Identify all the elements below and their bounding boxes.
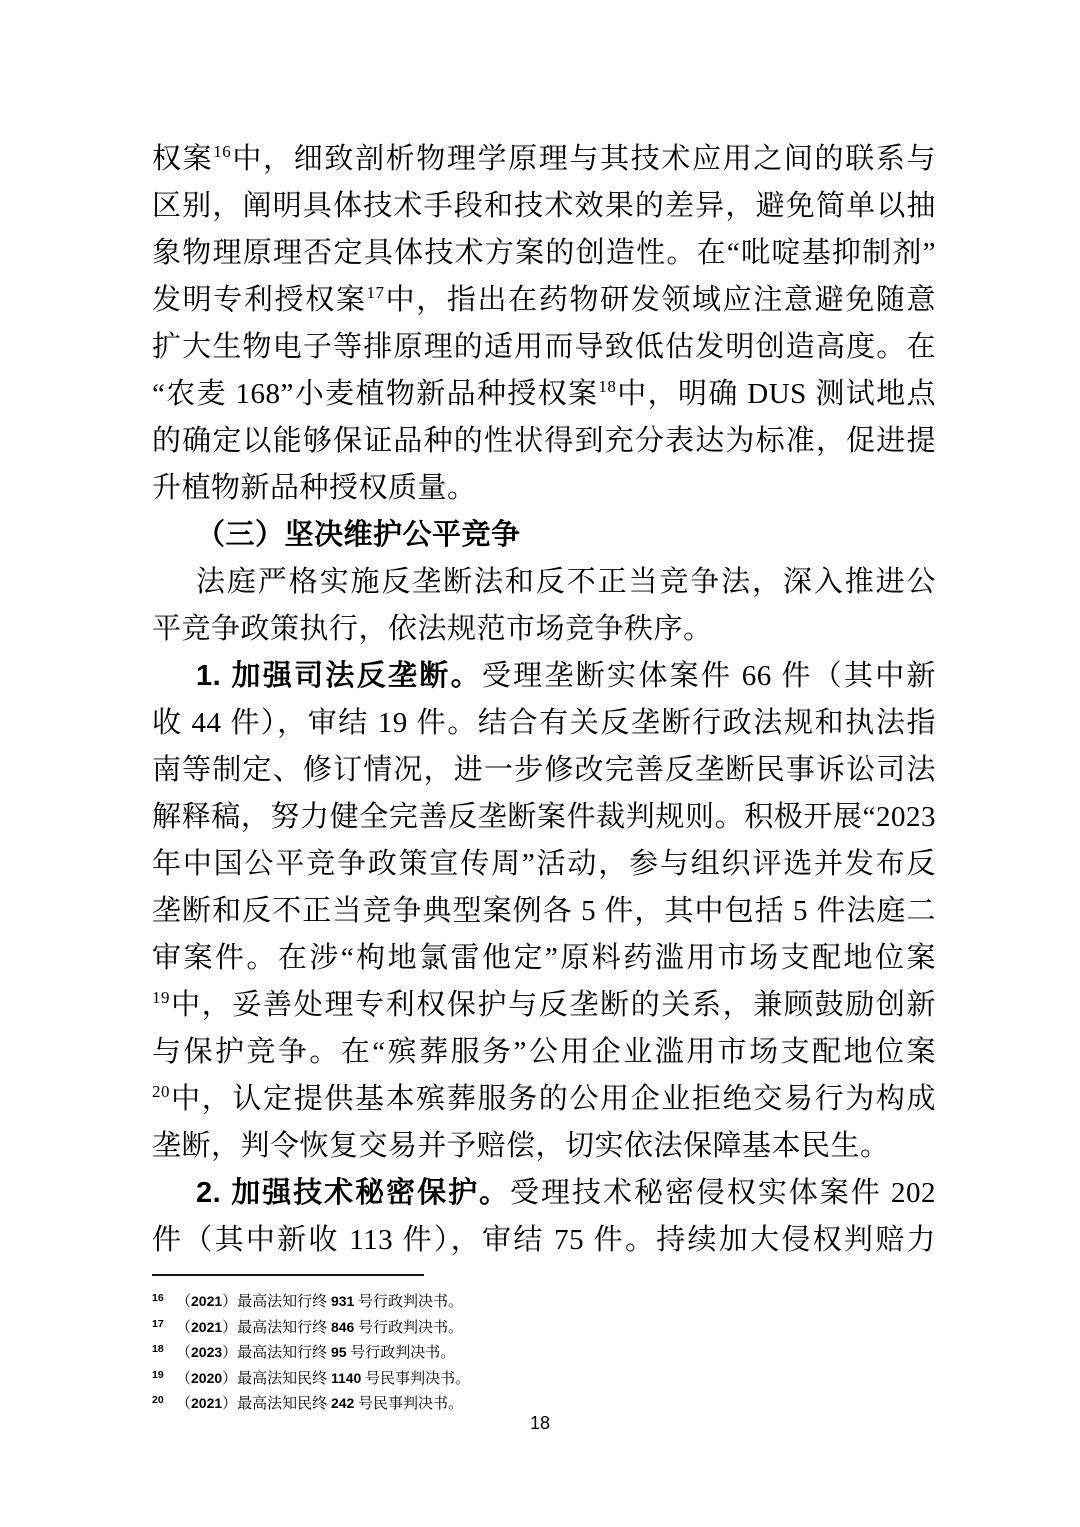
footnote-18: 18（2023）最高法知行终 95 号行政判决书。	[152, 1339, 936, 1365]
footnote-20: 20（2021）最高法知民终 242 号民事判决书。	[152, 1390, 936, 1416]
body-line: 平竞争政策执行，依法规范市场竞争秩序。	[152, 606, 936, 653]
footnote-text-run: 号民事判决书。	[354, 1396, 463, 1412]
footnote-year: 2021	[191, 1395, 222, 1411]
footnote-year: 2021	[191, 1319, 222, 1335]
body-text-run: 中，妥善处理专利权保护与反垄断的关系，兼顾鼓励创新	[170, 989, 936, 1021]
body-line: 法庭严格实施反垄断法和反不正当竞争法，深入推进公	[152, 559, 936, 606]
footnote-number: 17	[152, 1314, 176, 1336]
body-line: 升植物新品种授权质量。	[152, 465, 936, 512]
footnote-19: 19（2020）最高法知民终 1140 号民事判决书。	[152, 1365, 936, 1391]
body-line: 垄断和反不正当竞争典型案例各 5 件，其中包括 5 件法庭二	[152, 888, 936, 935]
footnote-ref-17: 17	[366, 283, 384, 302]
footnote-16: 16（2021）最高法知行终 931 号行政判决书。	[152, 1288, 936, 1314]
footnote-17: 17（2021）最高法知行终 846 号行政判决书。	[152, 1314, 936, 1340]
body-text-run: 权案	[152, 143, 213, 175]
body-line: 件（其中新收 113 件），审结 75 件。持续加大侵权判赔力	[152, 1217, 936, 1264]
footnote-text: （2021）最高法知行终 931 号行政判决书。	[176, 1294, 463, 1310]
footnote-case-number: 846	[331, 1319, 354, 1335]
body-line: 年中国公平竞争政策宣传周”活动，参与组织评选并发布反	[152, 841, 936, 888]
footnote-number: 19	[152, 1365, 176, 1387]
numbered-lead: 1. 加强司法反垄断。	[196, 660, 482, 692]
footnote-text-run: 号民事判决书。	[361, 1371, 470, 1387]
footnote-text-run: （	[176, 1294, 191, 1310]
footnote-number: 20	[152, 1390, 176, 1412]
footnote-text-run: 号行政判决书。	[354, 1294, 463, 1310]
footnote-case-number: 1140	[331, 1370, 361, 1386]
body-line: 20中，认定提供基本殡葬服务的公用企业拒绝交易行为构成	[152, 1076, 936, 1123]
footnote-text-run: ）最高法知行终	[222, 1320, 331, 1336]
body-line: 审案件。在涉“枸地氯雷他定”原料药滥用市场支配地位案	[152, 935, 936, 982]
footnote-ref-20: 20	[152, 1082, 170, 1101]
body-line: 垄断，判令恢复交易并予赔偿，切实依法保障基本民生。	[152, 1123, 936, 1170]
body-line: 的确定以能够保证品种的性状得到充分表达为标准，促进提	[152, 418, 936, 465]
footnote-text-run: 号行政判决书。	[354, 1320, 463, 1336]
body-line: 发明专利授权案17中，指出在药物研发领域应注意避免随意	[152, 277, 936, 324]
body-line: 19中，妥善处理专利权保护与反垄断的关系，兼顾鼓励创新	[152, 982, 936, 1029]
footnote-case-number: 242	[331, 1395, 354, 1411]
body-text-run: 中，认定提供基本殡葬服务的公用企业拒绝交易行为构成	[170, 1083, 936, 1115]
body-text-run: 发明专利授权案	[152, 284, 366, 316]
body-text-run: 受理技术秘密侵权实体案件 202	[510, 1177, 936, 1209]
footnote-text-run: ）最高法知民终	[222, 1371, 331, 1387]
body-line: 扩大生物电子等排原理的适用而导致低估发明创造高度。在	[152, 324, 936, 371]
body-line: 南等制定、修订情况，进一步修改完善反垄断民事诉讼司法	[152, 747, 936, 794]
footnote-number: 18	[152, 1339, 176, 1361]
page-number: 18	[0, 1413, 1080, 1434]
footnote-text-run: 号行政判决书。	[347, 1345, 456, 1361]
body-line: 2. 加强技术秘密保护。受理技术秘密侵权实体案件 202	[152, 1170, 936, 1217]
footnote-case-number: 95	[331, 1344, 347, 1360]
body-line: 解释稿，努力健全完善反垄断案件裁判规则。积极开展“2023	[152, 794, 936, 841]
footnotes: 16（2021）最高法知行终 931 号行政判决书。 17（2021）最高法知行…	[152, 1288, 936, 1416]
footnote-text: （2023）最高法知行终 95 号行政判决书。	[176, 1345, 455, 1361]
footnote-text-run: ）最高法知行终	[222, 1345, 331, 1361]
numbered-lead: 2. 加强技术秘密保护。	[196, 1177, 510, 1209]
footnote-text-run: （	[176, 1320, 191, 1336]
footnote-text-run: （	[176, 1345, 191, 1361]
footnote-number: 16	[152, 1288, 176, 1310]
body-line: 权案16中，细致剖析物理学原理与其技术应用之间的联系与	[152, 136, 936, 183]
section-heading: （三）坚决维护公平竞争	[152, 512, 936, 559]
body-text-run: 中，明确 DUS 测试地点	[616, 378, 936, 410]
body-line: 区别，阐明具体技术手段和技术效果的差异，避免简单以抽	[152, 183, 936, 230]
document-page: 权案16中，细致剖析物理学原理与其技术应用之间的联系与 区别，阐明具体技术手段和…	[0, 0, 1080, 1527]
body-line: “农麦 168”小麦植物新品种授权案18中，明确 DUS 测试地点	[152, 371, 936, 418]
body-text-run: 中，细致剖析物理学原理与其技术应用之间的联系与	[231, 143, 936, 175]
body-line: 象物理原理否定具体技术方案的创造性。在“吡啶基抑制剂”	[152, 230, 936, 277]
footnote-text-run: （	[176, 1396, 191, 1412]
footnote-ref-18: 18	[598, 377, 616, 396]
body-text-run: 受理垄断实体案件 66 件（其中新	[482, 660, 936, 692]
footnote-year: 2023	[191, 1344, 222, 1360]
footnote-text-run: ）最高法知行终	[222, 1294, 331, 1310]
body-line: 1. 加强司法反垄断。受理垄断实体案件 66 件（其中新	[152, 653, 936, 700]
body-text-run: 中，指出在药物研发领域应注意避免随意	[384, 284, 936, 316]
footnote-case-number: 931	[331, 1293, 354, 1309]
footnote-ref-16: 16	[213, 142, 231, 161]
footnote-text-run: ）最高法知民终	[222, 1396, 331, 1412]
body-line: 与保护竞争。在“殡葬服务”公用企业滥用市场支配地位案	[152, 1029, 936, 1076]
body-text-run: “农麦 168”小麦植物新品种授权案	[152, 378, 598, 410]
footnote-text-run: （	[176, 1371, 191, 1387]
footnote-year: 2020	[191, 1370, 222, 1386]
body-line: 收 44 件），审结 19 件。结合有关反垄断行政法规和执法指	[152, 700, 936, 747]
footnote-text: （2020）最高法知民终 1140 号民事判决书。	[176, 1371, 470, 1387]
footnote-ref-19: 19	[152, 988, 170, 1007]
footnote-text: （2021）最高法知行终 846 号行政判决书。	[176, 1320, 463, 1336]
footnote-year: 2021	[191, 1293, 222, 1309]
footnote-separator	[152, 1274, 424, 1276]
footnote-text: （2021）最高法知民终 242 号民事判决书。	[176, 1396, 463, 1412]
body-text: 权案16中，细致剖析物理学原理与其技术应用之间的联系与 区别，阐明具体技术手段和…	[152, 136, 936, 1264]
